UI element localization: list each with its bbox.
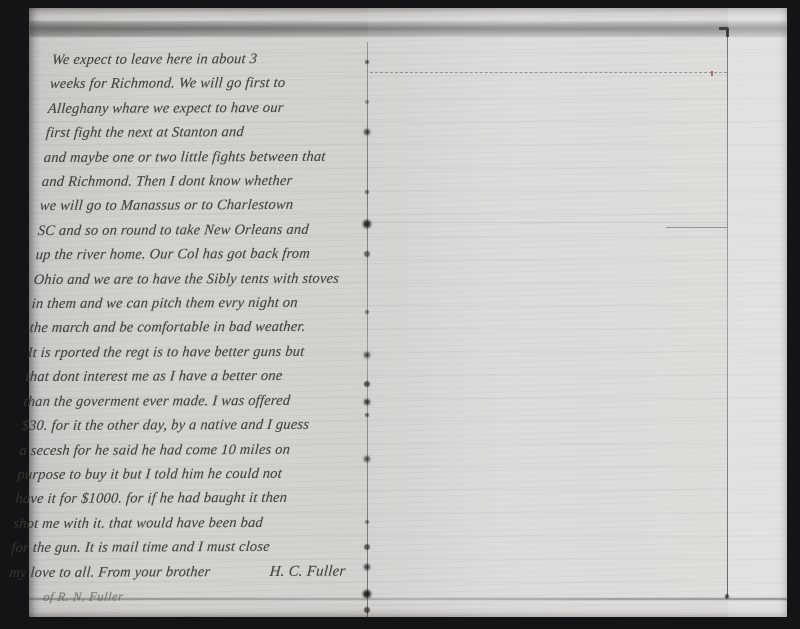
- faint-crease-line: [368, 222, 727, 223]
- blank-facing-page: [368, 8, 787, 617]
- letter-line: We expect to leave here in about 3: [51, 47, 393, 73]
- ruled-margin-line: [727, 30, 728, 598]
- handwritten-letter-body: We expect to leave here in about 3 weeks…: [6, 47, 393, 610]
- letter-line: we will go to Manassus or to Charlestown: [39, 193, 381, 219]
- letter-line: than the goverment ever made. I was offe…: [23, 388, 365, 414]
- letter-line: $30. for it the other day, by a native a…: [21, 413, 363, 439]
- letter-line: have it for $1000. for if he had baught …: [14, 486, 356, 512]
- signature: H. C. Fuller: [269, 559, 347, 584]
- letter-line: first fight the next at Stanton and: [45, 120, 387, 146]
- letter-line: Alleghany whare we expect to have our: [47, 95, 389, 121]
- letter-line: purpose to buy it but I told him he coul…: [16, 461, 358, 487]
- closing-text: my love to all. From your brother: [8, 560, 211, 585]
- closing-line: my love to all. From your brother H. C. …: [8, 559, 350, 585]
- letter-line: shot me with it. that would have been ba…: [12, 510, 354, 536]
- pencil-annotation: of R. N. Fuller: [42, 583, 348, 609]
- letter-line: weeks for Richmond. We will go first to: [49, 71, 391, 97]
- page-corner-mark: [719, 27, 729, 37]
- letter-line: that dont interest me as I have a better…: [25, 364, 367, 390]
- letter-line: It is rported the regt is to have better…: [27, 339, 369, 365]
- scan-background: We expect to leave here in about 3 weeks…: [0, 0, 800, 629]
- letter-line: Ohio and we are to have the Sibly tents …: [33, 266, 375, 292]
- letter-line: for the gun. It is mail time and I must …: [10, 535, 352, 561]
- scanned-letter-sheet: We expect to leave here in about 3 weeks…: [29, 8, 787, 617]
- letter-line: up the river home. Our Col has got back …: [35, 242, 377, 268]
- short-rule-mark: [666, 227, 727, 228]
- fold-ink-dots: [365, 8, 369, 12]
- page-margin-area: [728, 8, 787, 617]
- letter-line: and maybe one or two little fights betwe…: [43, 144, 385, 170]
- letter-line: a secesh for he said he had come 10 mile…: [19, 437, 361, 463]
- letter-line: in them and we can pitch them evry night…: [31, 291, 373, 317]
- letter-line: SC and so on round to take New Orleans a…: [37, 217, 379, 243]
- letter-line: the march and be comfortable in bad weat…: [29, 315, 371, 341]
- ruled-top-line: [370, 72, 727, 73]
- letter-line: and Richmond. Then I dont know whether: [41, 169, 383, 195]
